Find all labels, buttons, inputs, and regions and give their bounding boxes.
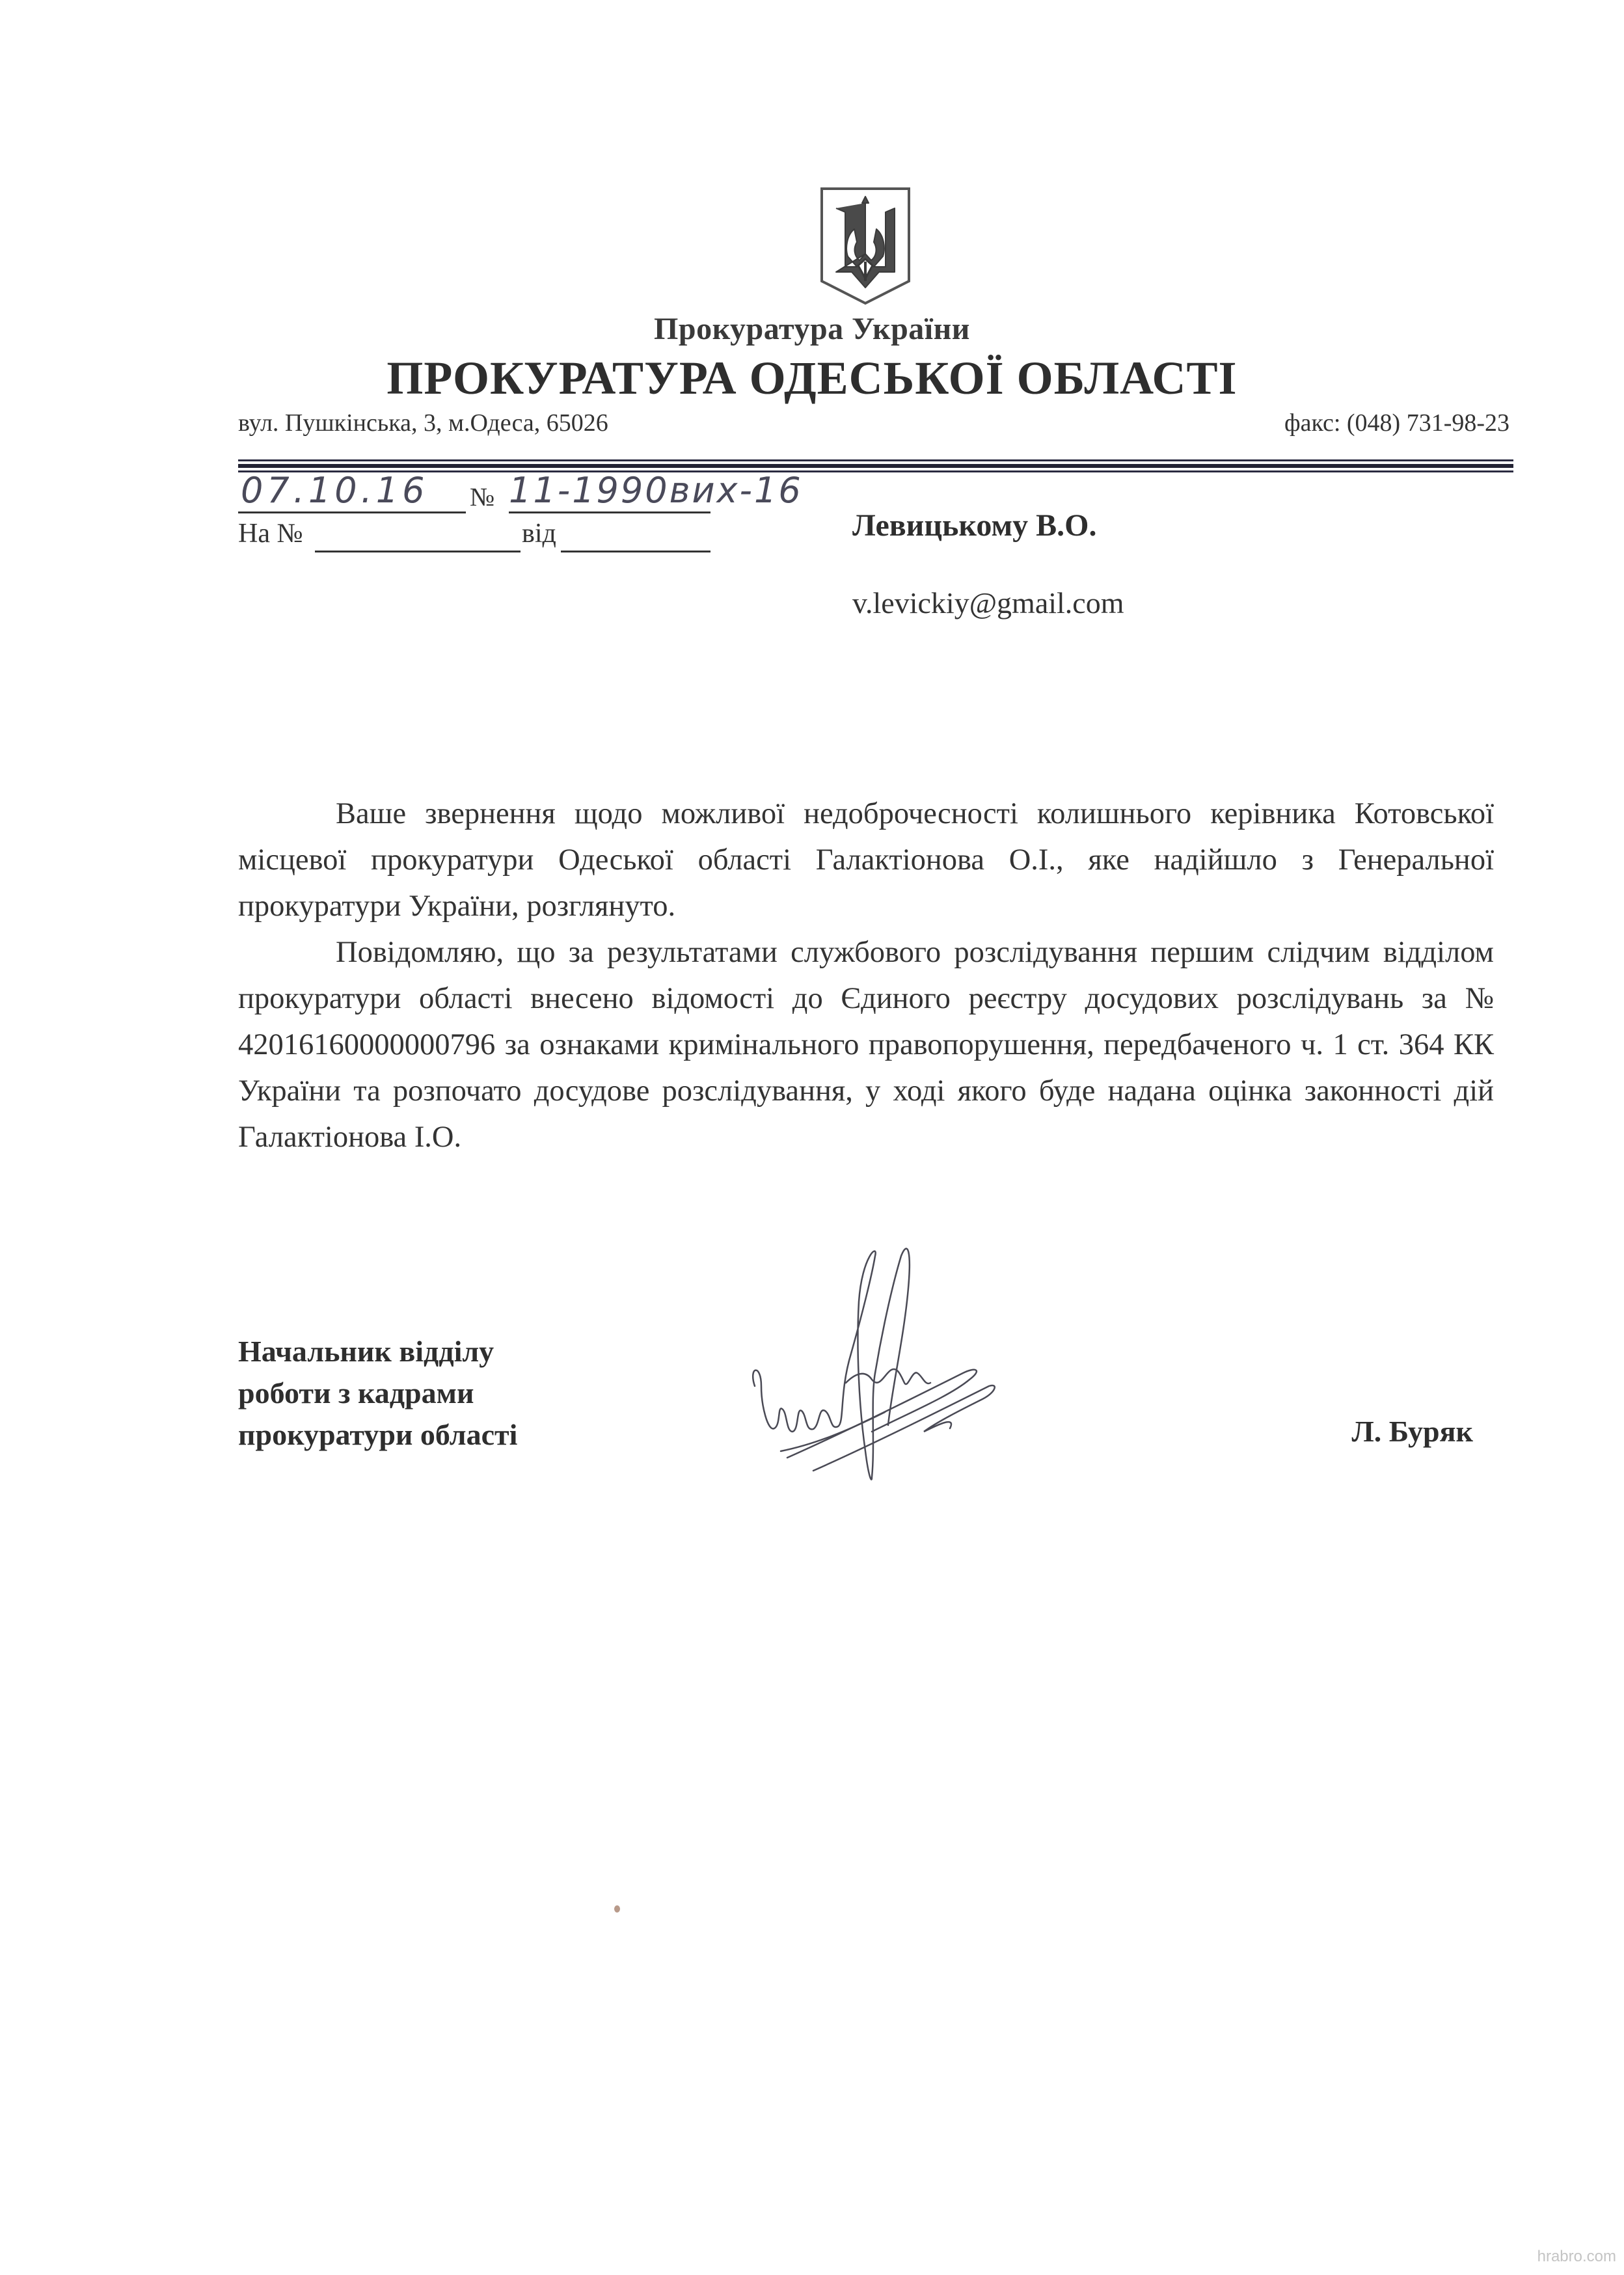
incoming-date-blank [561, 551, 710, 552]
body-paragraph: Ваше звернення щодо можливої недоброчесн… [238, 791, 1494, 929]
signer-title-line: роботи з кадрами [238, 1372, 517, 1414]
incoming-number-blank [315, 551, 521, 552]
recipient-name: Левицькому В.О. [852, 508, 1097, 543]
letter-body: Ваше звернення щодо можливої недоброчесн… [238, 791, 1494, 1160]
outgoing-reference: 07.10.16 № 11-1990вих-16 [238, 469, 713, 514]
org-parent-name: Прокуратура України [0, 311, 1624, 347]
incoming-from-label: від [522, 518, 556, 549]
outgoing-number: 11-1990вих-16 [509, 470, 803, 511]
body-paragraph: Повідомляю, що за результатами службовог… [238, 929, 1494, 1160]
recipient-email: v.levickiy@gmail.com [852, 586, 1124, 620]
header-divider [238, 464, 1513, 468]
signer-title-line: Начальник відділу [238, 1331, 517, 1372]
paper-speck [614, 1905, 620, 1913]
outgoing-date: 07.10.16 [241, 470, 428, 511]
signer-name: Л. Буряк [1351, 1414, 1473, 1449]
org-fax: факс: (048) 731-98-23 [1284, 409, 1509, 437]
incoming-reference: На № від [238, 514, 713, 560]
signer-title-line: прокуратури області [238, 1414, 517, 1456]
watermark: hrabro.com [1537, 2248, 1616, 2266]
number-underline [509, 511, 710, 513]
coat-of-arms-icon [817, 184, 914, 307]
signature-icon [742, 1236, 1145, 1497]
org-name: ПРОКУРАТУРА ОДЕСЬКОЇ ОБЛАСТІ [0, 351, 1624, 405]
number-label: № [470, 482, 494, 512]
signer-title: Начальник відділу роботи з кадрами проку… [238, 1331, 517, 1456]
letter-page: Прокуратура України ПРОКУРАТУРА ОДЕСЬКОЇ… [0, 0, 1624, 2275]
org-address: вул. Пушкінська, 3, м.Одеса, 65026 [238, 409, 608, 437]
header-divider [238, 459, 1513, 461]
incoming-number-label: На № [238, 518, 303, 549]
date-underline [238, 511, 466, 513]
